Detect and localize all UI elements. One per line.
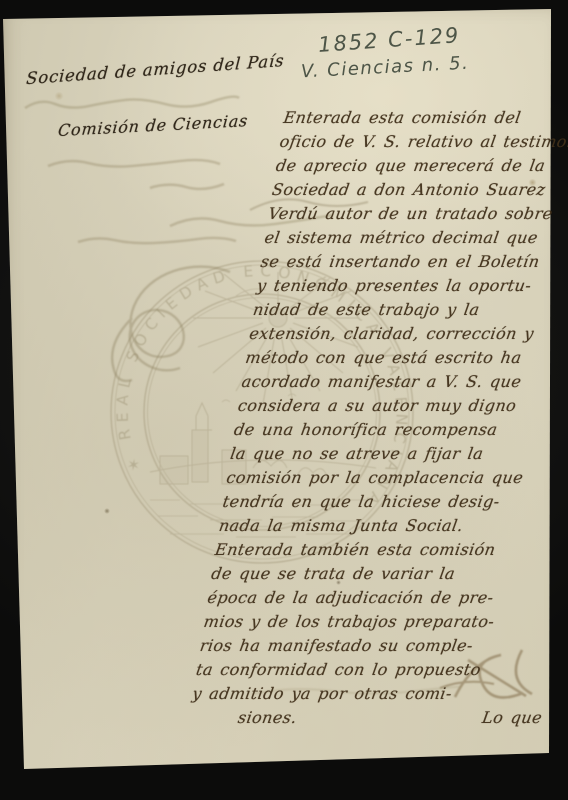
handwriting-line: ta conformidad con lo propuesto (194, 658, 510, 682)
handwriting-line: y teniendo presentes la oportu- (255, 274, 568, 298)
handwriting-line: considera a su autor muy digno (236, 394, 552, 418)
handwriting-line: se está insertando en el Boletín (259, 250, 568, 274)
handwriting-line: nada la misma Junta Social. (217, 514, 533, 538)
handwriting-line: el sistema métrico decimal que (263, 226, 568, 250)
handwriting-line: Sociedad a don Antonio Suarez (270, 178, 568, 202)
handwriting-line: extensión, claridad, corrección y (248, 322, 564, 346)
handwriting-line: la que no se atreve a fijar la (228, 442, 544, 466)
handwriting-line: mios y de los trabajos preparato- (202, 610, 518, 634)
handwriting-lines: Enterada esta comisión deloficio de V. S… (190, 106, 568, 706)
handwriting-line: Enterada también esta comisión (213, 538, 529, 562)
handwriting-line: de una honorífica recompensa (232, 418, 548, 442)
handwriting-line: acordado manifestar a V. S. que (240, 370, 556, 394)
handwriting-line: rios ha manifestado su comple- (198, 634, 514, 658)
handwriting-line: oficio de V. S. relativo al testimonio (278, 130, 568, 154)
handwriting-line: método con que está escrito ha (244, 346, 560, 370)
scan-background: ✶ REAL SOCIEDAD ECONÓMICA VALENCIANA (0, 0, 568, 800)
handwriting-line: y admitido ya por otras comi- (190, 682, 506, 706)
closing-line: siones. Lo que (236, 706, 552, 730)
handwriting-line: nidad de este trabajo y la (251, 298, 567, 322)
handwriting-line: época de la adjudicación de pre- (206, 586, 522, 610)
closing-word-right: Lo que (480, 706, 544, 730)
handwriting-line: Enterada esta comisión del (282, 106, 568, 130)
handwriting-line: Verdú autor de un tratado sobre (267, 202, 568, 226)
handwriting-line: de aprecio que merecerá de la (274, 154, 568, 178)
handwriting-line: tendría en que la hiciese desig- (221, 490, 537, 514)
closing-word-left: siones. (236, 706, 299, 730)
letter-body: Enterada esta comisión deloficio de V. S… (238, 106, 550, 730)
handwriting-line: comisión por la complacencia que (225, 466, 541, 490)
handwriting-line: de que se trata de variar la (209, 562, 525, 586)
